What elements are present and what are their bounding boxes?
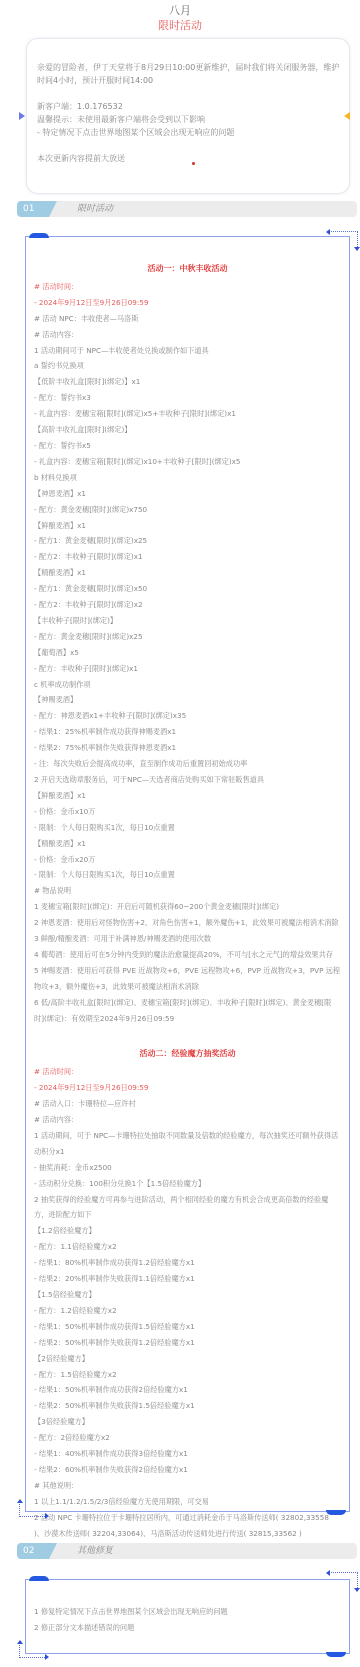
activity-line: - 配方：丰收种子[限时](绑定)x1: [34, 661, 341, 677]
page-subtitle: 限时活动: [0, 19, 360, 33]
notice-body: 亲爱的冒险者，伊丁天堂将于8月29日10:00更新维护，届时我们将关闭服务器，维…: [37, 61, 341, 165]
fixes-content: 1 修复特定情况下点击世界地图某个区域会出现无响应的问题 2 修正部分文本描述错…: [26, 1580, 349, 1654]
activity-line: - 配方：2倍经验魔方x2: [34, 1430, 341, 1446]
activity-line: 2 神恩麦酒：使用后对怪物伤害+2，对角色伤害+1，额外魔伤+1，此效果可被魔法…: [34, 915, 341, 931]
box-tab-decoration: [29, 1576, 49, 1581]
activity-line: 1 麦穗宝箱[限时](绑定)：开启后可随机获得60~200个黄金麦穗[限时](绑…: [34, 899, 341, 915]
activity-title: 活动一：中秋丰收活动: [34, 261, 341, 277]
activity-time-value: - 2024年9月12日至9月26日09:59: [34, 1080, 341, 1096]
box-tab-decoration: [29, 233, 49, 238]
activity-line: 【鲜酿麦酒】x1: [34, 518, 341, 534]
activity-line: 2 抽奖获得的经验魔方可再参与进阶活动，两个相同经验的魔方有机会合成更高倍数的经…: [34, 1192, 341, 1224]
arrow-right-icon: [45, 1513, 49, 1519]
notice-line: [37, 87, 341, 100]
activity-line: - 结果2：50%机率制作失败获得1.5倍经验魔方x1: [34, 1398, 341, 1414]
activity-line: b 材料兑换项: [34, 470, 341, 486]
activity-line: - 礼盒内容：麦穗宝箱[限时](绑定)x5+丰收种子[限时](绑定)x1: [34, 406, 341, 422]
activity-line: - 限制：个人每日限购买1次，每日10点重置: [34, 820, 341, 836]
activity-title: 活动二：经验魔方抽奖活动: [34, 1046, 341, 1062]
activity-line: 2 开启天选勋章服务后，可于NPC—天选者商店处购买如下常驻販售道具: [34, 772, 341, 788]
activity-line: - 配方2：丰收种子[限时](绑定)x2: [34, 597, 341, 613]
activity-line: 【3倍经验魔方】: [34, 1414, 341, 1430]
activity-line: # 其他说明：: [34, 1478, 341, 1494]
section-box-01: 活动一：中秋丰收活动 # 活动时间： - 2024年9月12日至9月26日09:…: [25, 236, 350, 1512]
activity-line: - 配方2：丰收种子[限时](绑定)x1: [34, 549, 341, 565]
red-dot-icon: [192, 162, 195, 165]
activity-line: - 结果2：75%机率制作失败获得神恩麦酒x1: [34, 740, 341, 756]
activity-line: 【精酿麦酒】x1: [34, 836, 341, 852]
arrow-up-icon: [17, 1499, 23, 1503]
section-number: 02: [17, 1543, 49, 1559]
notice-line: 亲爱的冒险者，伊丁天堂将于8月29日10:00更新维护，届时我们将关闭服务器，维…: [37, 61, 341, 87]
box-tab-decoration: [326, 1510, 346, 1515]
arrow-left-icon: [326, 1570, 330, 1576]
activity-line: - 配方1：黄金麦穗[限时](绑定)x50: [34, 581, 341, 597]
activity-line: - 配方1：黄金麦穗[限时](绑定)x25: [34, 533, 341, 549]
section-header-01: 01 限时活动: [17, 201, 357, 217]
activity-line: 【丰收种子[限时](绑定)】: [34, 613, 341, 629]
activity-time-label: # 活动时间：: [34, 1064, 341, 1080]
notice-line: - 特定情况下点击世界地图某个区域会出现无响应的问题: [37, 126, 341, 139]
month-title: 八月: [0, 4, 360, 18]
activity-line: 【1.2倍经验魔方】: [34, 1223, 341, 1239]
arrow-left-icon: [326, 229, 330, 235]
spacer: [34, 1027, 341, 1043]
activity-line: 【葡萄酒】x5: [34, 645, 341, 661]
section-title: 其他修复: [77, 1543, 113, 1559]
arrow-right-icon: [45, 1654, 49, 1660]
activity-line: - 配方：1.1倍经验魔方x2: [34, 1239, 341, 1255]
activities-content: 活动一：中秋丰收活动 # 活动时间： - 2024年9月12日至9月26日09:…: [26, 237, 349, 1559]
activity-line: # 活动内容：: [34, 327, 341, 343]
notice-line: [37, 139, 341, 152]
notice-line: 新客户端：1.0.176532: [37, 100, 341, 113]
activity-line: - 注：每次失败后会提高成功率，直至制作成功后重置回初始成功率: [34, 756, 341, 772]
activity-2-lines: # 活动入口：卡珊特拉—应许村# 活动内容：1 活动期间，可于 NPC—卡珊特拉…: [34, 1096, 341, 1541]
activity-line: - 结果2：50%机率制作失败获得1.2倍经验魔方x1: [34, 1335, 341, 1351]
arrow-up-icon: [17, 1640, 23, 1644]
activity-line: - 价格：金币x20万: [34, 852, 341, 868]
activity-line: 4 葡萄酒：使用后可在5分钟内受到的魔法治愈量提高20%，不可与[水之元气]的增…: [34, 947, 341, 963]
activity-line: - 结果1：80%机率制作成功获得1.2倍经验魔方x1: [34, 1255, 341, 1271]
activity-line: 【鲜酿麦酒】x1: [34, 788, 341, 804]
activity-line: 1 活动期间可于 NPC—丰收使者处兑换或制作如下道具: [34, 343, 341, 359]
activity-time-value: - 2024年9月12日至9月26日09:59: [34, 295, 341, 311]
activity-line: - 结果2：60%机率制作失败获得2倍经验魔方x1: [34, 1462, 341, 1478]
box-tab-decoration: [326, 1652, 346, 1657]
activity-line: # 活动入口：卡珊特拉—应许村: [34, 1096, 341, 1112]
activity-line: - 配方：誓约书x5: [34, 438, 341, 454]
section-title: 限时活动: [77, 201, 113, 217]
triangle-right-icon: [19, 112, 25, 120]
activity-line: - 限制：个人每日限购买1次，每日10点重置: [34, 867, 341, 883]
activity-line: - 礼盒内容：麦穗宝箱[限时](绑定)x10+丰收种子[限时](绑定)x5: [34, 454, 341, 470]
activity-1-lines: # 活动 NPC：丰收使者—马洛斯# 活动内容：1 活动期间可于 NPC—丰收使…: [34, 311, 341, 1027]
triangle-left-icon: [344, 112, 350, 120]
activity-line: 2 活动 NPC 卡珊特拉位于卡珊特拉居所内，可通过消耗金币于马洛斯传送师( 3…: [34, 1510, 341, 1542]
activity-line: - 结果1：40%机率制作成功获得3倍经验魔方x1: [34, 1446, 341, 1462]
activity-line: 【低阶丰收礼盒[限时](绑定)】x1: [34, 374, 341, 390]
arrow-down-icon: [354, 1588, 360, 1592]
activity-line: 【神赐麦酒】: [34, 692, 341, 708]
activity-line: 【神恩麦酒】x1: [34, 486, 341, 502]
arrow-down-icon: [354, 247, 360, 251]
notice-line: 温馨提示：未使用最新客户端将会受到以下影响: [37, 113, 341, 126]
activity-line: 【精酿麦酒】x1: [34, 565, 341, 581]
maintenance-notice-card: 亲爱的冒险者，伊丁天堂将于8月29日10:00更新维护，届时我们将关闭服务器，维…: [26, 38, 350, 194]
activity-line: # 活动 NPC：丰收使者—马洛斯: [34, 311, 341, 327]
activity-line: - 结果1：50%机率制作成功获得2倍经验魔方x1: [34, 1382, 341, 1398]
activity-line: - 配方：1.2倍经验魔方x2: [34, 1303, 341, 1319]
activity-line: 【高阶丰收礼盒[限时](绑定)】: [34, 422, 341, 438]
corner-arrow-decoration: [19, 1642, 47, 1658]
activity-line: - 结果2：20%机率制作失败获得1.1倍经验魔方x1: [34, 1271, 341, 1287]
corner-arrow-decoration: [19, 1501, 47, 1517]
activity-line: # 物品说明: [34, 883, 341, 899]
activity-line: 5 神赐麦酒：使用后可获得 PVE 近战物攻+6，PVE 远程物攻+6，PVP …: [34, 963, 341, 995]
activity-time-label: # 活动时间：: [34, 279, 341, 295]
activity-line: - 结果1：50%机率制作成功获得1.5倍经验魔方x1: [34, 1319, 341, 1335]
section-box-02: 1 修复特定情况下点击世界地图某个区域会出现无响应的问题 2 修正部分文本描述错…: [25, 1579, 350, 1654]
activity-line: - 配方：神恩麦酒x1+丰收种子[限时](绑定)x35: [34, 708, 341, 724]
activity-line: - 配方：1.5倍经验魔方x2: [34, 1367, 341, 1383]
activity-line: 【1.5倍经验魔方】: [34, 1287, 341, 1303]
fix-item: 1 修复特定情况下点击世界地图某个区域会出现无响应的问题: [34, 1604, 341, 1620]
activity-line: 1 以上1.1/1.2/1.5/2/3倍经验魔方无使用期限，可交易: [34, 1494, 341, 1510]
activity-line: 6 低/高阶丰收礼盒[限时](绑定)、麦穗宝箱[限时](绑定)、丰收种子[限时]…: [34, 995, 341, 1027]
activity-line: - 活动积分兑换：100积分兑换1个【1.5倍经验魔方】: [34, 1176, 341, 1192]
activity-line: - 配方：黄金麦穗[限时](绑定)x750: [34, 502, 341, 518]
section-number: 01: [17, 201, 49, 217]
activity-line: - 抽奖消耗：金币x2500: [34, 1160, 341, 1176]
activity-line: - 配方：誓约书x3: [34, 390, 341, 406]
activity-line: 【2倍经验魔方】: [34, 1351, 341, 1367]
activity-line: c 机率成功制作项: [34, 677, 341, 693]
activity-line: - 结果1：25%机率制作成功获得神赐麦酒x1: [34, 724, 341, 740]
activity-line: 3 鲜酿/精酿麦酒：可用于补满神恩/神赐麦酒的使用次数: [34, 931, 341, 947]
activity-line: - 配方：黄金麦穗[限时](绑定)x25: [34, 629, 341, 645]
activity-line: a 誓约书兑换项: [34, 358, 341, 374]
section-header-02: 02 其他修复: [17, 1543, 357, 1559]
activity-line: # 活动内容：: [34, 1112, 341, 1128]
activity-line: - 价格：金币x10万: [34, 804, 341, 820]
activity-line: 1 活动期间，可于 NPC—卡珊特拉处抽取不同数量及倍数的经验魔方，每次抽奖还可…: [34, 1128, 341, 1160]
fix-item: 2 修正部分文本描述错误的问题: [34, 1620, 341, 1636]
notice-line: 本次更新内容提前大放送: [37, 152, 341, 165]
